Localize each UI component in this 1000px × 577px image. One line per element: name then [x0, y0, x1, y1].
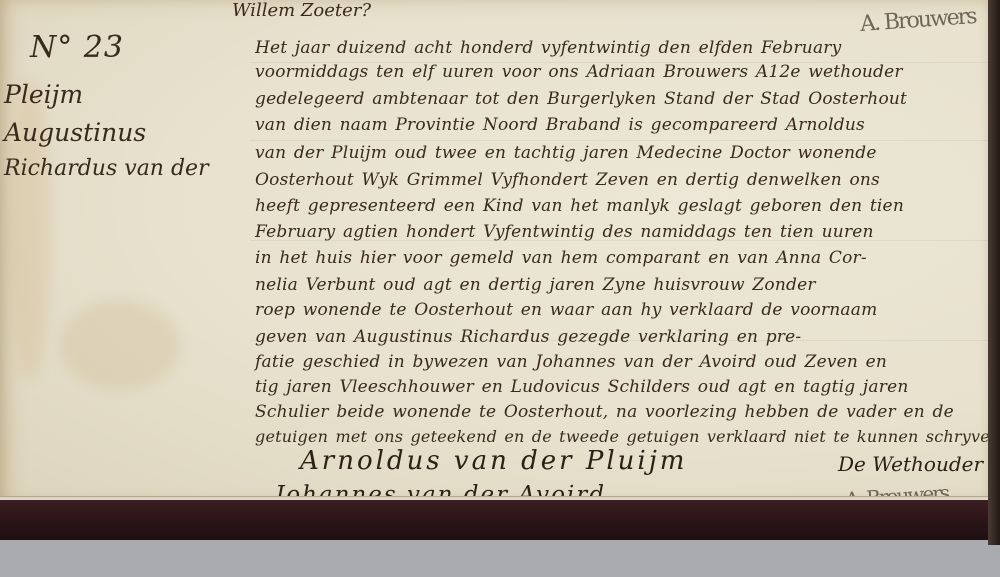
father-signature: Arnoldus van der Pluijm — [300, 446, 687, 476]
margin-given-names-2: Richardus van der — [4, 156, 209, 181]
body-line: Oosterhout Wyk Grimmel Vyfhondert Zeven … — [255, 170, 880, 190]
body-line: getuigen met ons geteekend en de tweede … — [255, 427, 1000, 446]
margin-given-names-1: Augustinus — [4, 118, 146, 147]
top-note: Willem Zoeter? — [232, 0, 371, 21]
body-line: gedelegeerd ambtenaar tot den Burgerlyke… — [255, 89, 907, 109]
body-line: van dien naam Provintie Noord Braband is… — [255, 115, 865, 135]
margin-surname: Pleijm — [4, 80, 83, 109]
official-signature-top: A. Brouwers — [859, 4, 976, 37]
body-line: Schulier beide wonende te Oosterhout, na… — [255, 402, 954, 422]
official-title: De Wethouder — [838, 452, 983, 476]
ruled-line — [250, 140, 990, 141]
book-binding — [0, 500, 1000, 540]
entry-number: N° 23 — [30, 30, 124, 65]
body-line: nelia Verbunt oud agt en dertig jaren Zy… — [255, 275, 816, 295]
body-line: February agtien hondert Vyfentwintig des… — [255, 222, 874, 242]
body-line: geven van Augustinus Richardus gezegde v… — [255, 327, 801, 347]
body-line: fatie geschied in bywezen van Johannes v… — [255, 352, 887, 372]
book-binding-edge — [988, 0, 1000, 545]
body-line: van der Pluijm oud twee en tachtig jaren… — [255, 143, 877, 163]
register-page: Willem Zoeter? N° 23 Pleijm Augustinus R… — [0, 0, 990, 508]
body-line: tig jaren Vleeschhouwer en Ludovicus Sch… — [255, 377, 908, 397]
body-line: voormiddags ten elf uuren voor ons Adria… — [255, 62, 903, 82]
paper-stain — [60, 300, 180, 390]
body-line: Het jaar duizend acht honderd vyfentwint… — [255, 38, 841, 58]
body-line: heeft gepresenteerd een Kind van het man… — [255, 196, 904, 216]
body-line: in het huis hier voor gemeld van hem com… — [255, 248, 867, 268]
body-line: roep wonende te Oosterhout en waar aan h… — [255, 300, 877, 320]
